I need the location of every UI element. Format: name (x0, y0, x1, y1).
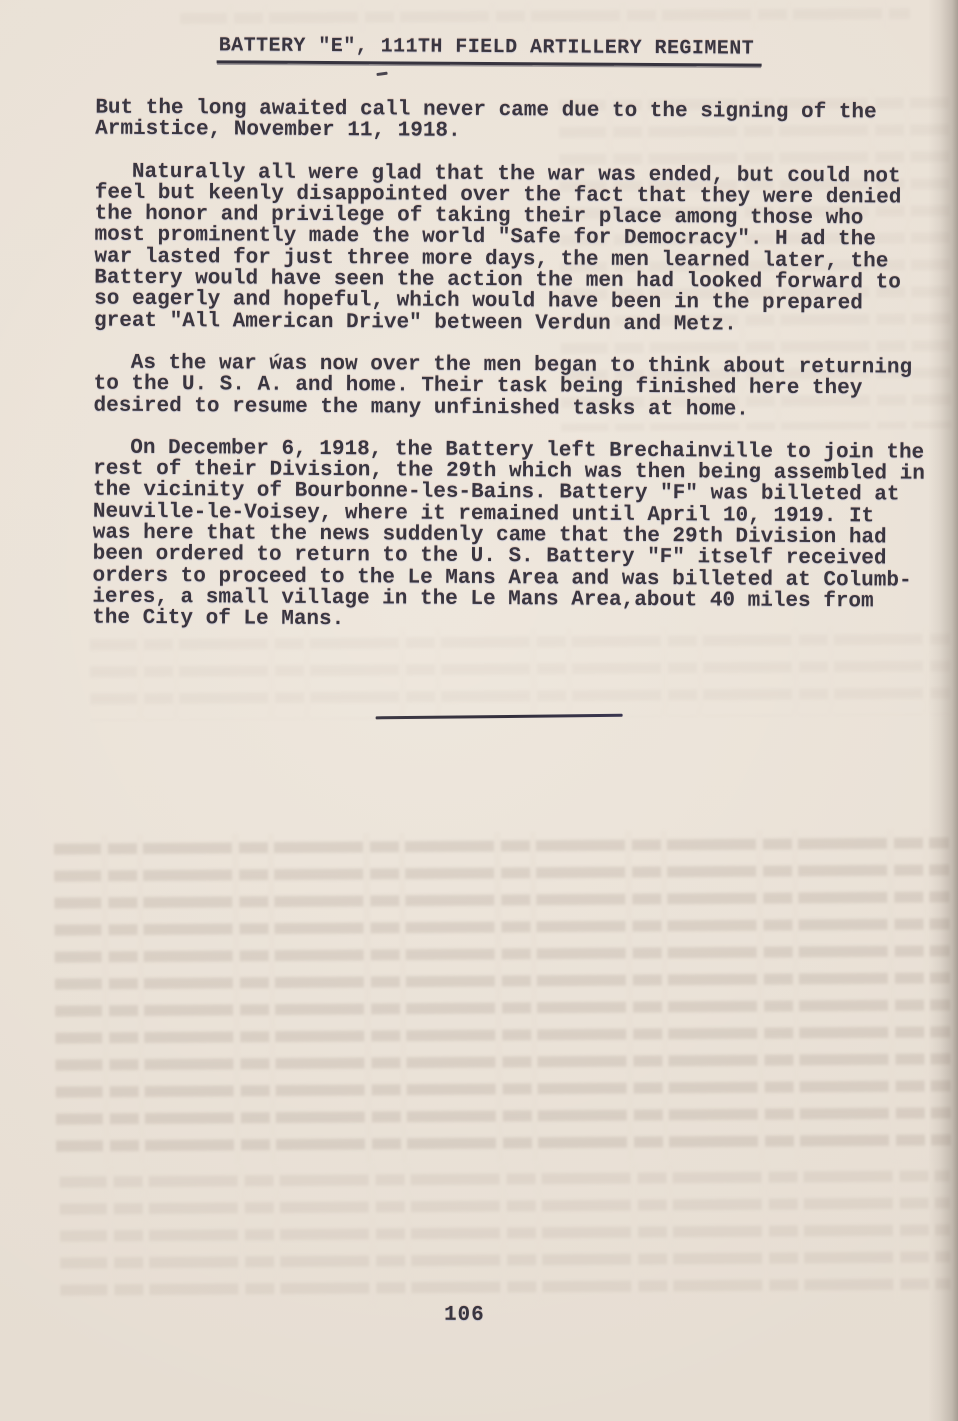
section-divider-rule (376, 714, 623, 720)
scanned-page: BATTERY "E", 111TH FIELD ARTILLERY REGIM… (0, 0, 958, 1421)
paragraph: On December 6, 1918, the Battery left Br… (92, 437, 933, 634)
paragraph: But the long awaited call never came due… (95, 98, 935, 146)
document-title: BATTERY "E", 111TH FIELD ARTILLERY REGIM… (217, 34, 763, 66)
paragraph: Naturally all were glad that the war was… (94, 161, 935, 337)
page-number: 106 (444, 1304, 485, 1327)
stray-ink-mark (376, 72, 387, 76)
paragraph: As the war ẃas now over the men began to… (93, 353, 933, 422)
document-body: But the long awaited call never came due… (92, 98, 935, 656)
page-content: BATTERY "E", 111TH FIELD ARTILLERY REGIM… (0, 0, 958, 1421)
book-edge-shadow (928, 0, 958, 1421)
